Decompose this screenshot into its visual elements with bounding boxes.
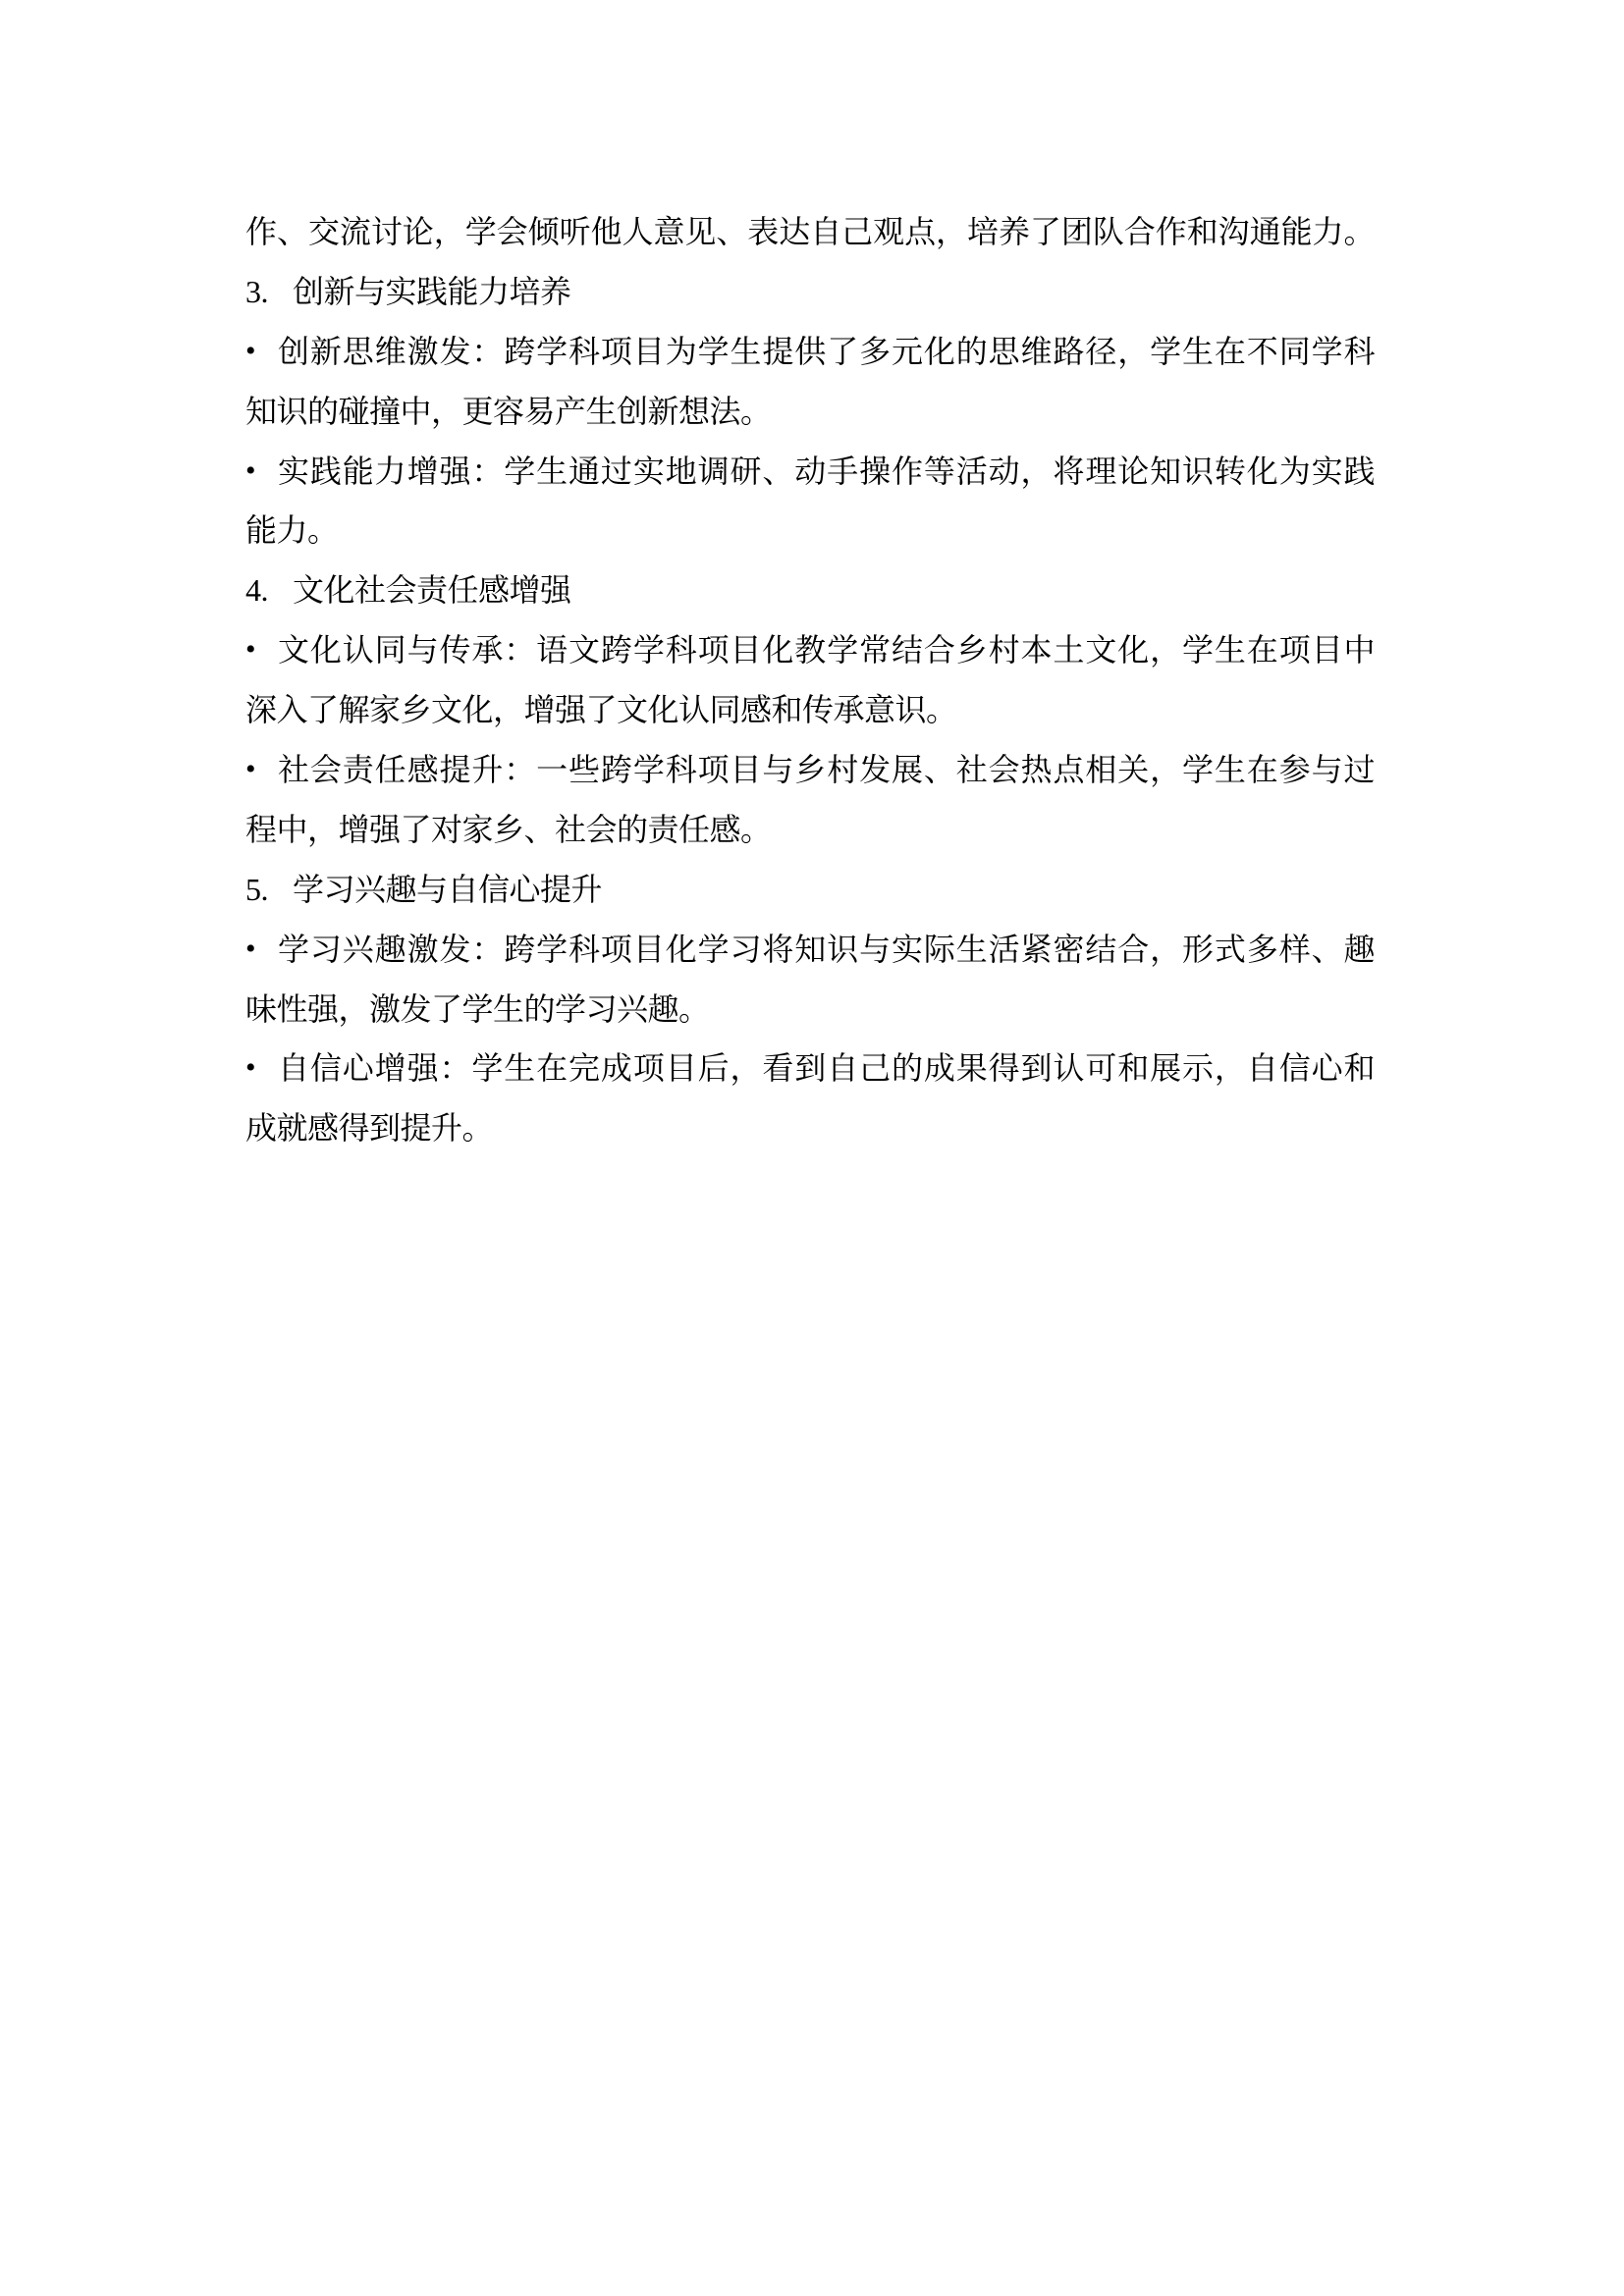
text-line: • 文化认同与传承：语文跨学科项目化教学常结合乡村本土文化，学生在项目中 — [245, 620, 1375, 680]
text-line: • 社会责任感提升：一些跨学科项目与乡村发展、社会热点相关，学生在参与过 — [245, 740, 1375, 800]
list-marker: • — [245, 322, 255, 382]
text-line: 味性强，激发了学生的学习兴趣。 — [245, 980, 1375, 1040]
list-marker: 4. — [245, 561, 268, 620]
text-line: 深入了解家乡文化，增强了文化认同感和传承意识。 — [245, 680, 1375, 740]
text-line: • 自信心增强：学生在完成项目后，看到自己的成果得到认可和展示，自信心和 — [245, 1039, 1375, 1098]
line-text: 创新与实践能力培养 — [293, 262, 1375, 322]
text-line: • 创新思维激发：跨学科项目为学生提供了多元化的思维路径，学生在不同学科 — [245, 322, 1375, 382]
line-text: 文化认同与传承：语文跨学科项目化教学常结合乡村本土文化，学生在项目中 — [278, 620, 1375, 680]
text-line: 程中，增强了对家乡、社会的责任感。 — [245, 800, 1375, 860]
line-text: 深入了解家乡文化，增强了文化认同感和传承意识。 — [245, 680, 1375, 740]
line-text: 社会责任感提升：一些跨学科项目与乡村发展、社会热点相关，学生在参与过 — [278, 740, 1375, 800]
list-marker: 5. — [245, 860, 268, 920]
line-text: 自信心增强：学生在完成项目后，看到自己的成果得到认可和展示，自信心和 — [278, 1039, 1375, 1098]
text-line: 知识的碰撞中，更容易产生创新想法。 — [245, 382, 1375, 442]
text-line: 5. 学习兴趣与自信心提升 — [245, 860, 1375, 920]
list-marker: • — [245, 620, 255, 680]
line-text: 能力。 — [245, 501, 1375, 561]
document-text-block: 作、交流讨论，学会倾听他人意见、表达自己观点，培养了团队合作和沟通能力。 3. … — [245, 202, 1375, 1158]
line-text: 学习兴趣激发：跨学科项目化学习将知识与实际生活紧密结合，形式多样、趣 — [278, 920, 1375, 980]
line-text: 文化社会责任感增强 — [293, 561, 1375, 620]
list-marker: • — [245, 740, 255, 800]
line-text: 实践能力增强：学生通过实地调研、动手操作等活动，将理论知识转化为实践 — [278, 442, 1375, 502]
line-text: 味性强，激发了学生的学习兴趣。 — [245, 980, 1375, 1040]
document-page: 作、交流讨论，学会倾听他人意见、表达自己观点，培养了团队合作和沟通能力。 3. … — [0, 0, 1624, 2296]
line-text: 程中，增强了对家乡、社会的责任感。 — [245, 800, 1375, 860]
text-line: • 实践能力增强：学生通过实地调研、动手操作等活动，将理论知识转化为实践 — [245, 442, 1375, 502]
list-marker: • — [245, 920, 255, 980]
text-line: 能力。 — [245, 501, 1375, 561]
list-marker: • — [245, 442, 255, 502]
text-line: 作、交流讨论，学会倾听他人意见、表达自己观点，培养了团队合作和沟通能力。 — [245, 202, 1375, 262]
line-text: 学习兴趣与自信心提升 — [293, 860, 1375, 920]
text-line: • 学习兴趣激发：跨学科项目化学习将知识与实际生活紧密结合，形式多样、趣 — [245, 920, 1375, 980]
line-text: 创新思维激发：跨学科项目为学生提供了多元化的思维路径，学生在不同学科 — [278, 322, 1375, 382]
text-line: 3. 创新与实践能力培养 — [245, 262, 1375, 322]
line-text: 成就感得到提升。 — [245, 1098, 1375, 1158]
text-line: 4. 文化社会责任感增强 — [245, 561, 1375, 620]
line-text: 作、交流讨论，学会倾听他人意见、表达自己观点，培养了团队合作和沟通能力。 — [245, 202, 1375, 262]
line-text: 知识的碰撞中，更容易产生创新想法。 — [245, 382, 1375, 442]
text-line: 成就感得到提升。 — [245, 1098, 1375, 1158]
list-marker: • — [245, 1039, 255, 1098]
list-marker: 3. — [245, 262, 268, 322]
